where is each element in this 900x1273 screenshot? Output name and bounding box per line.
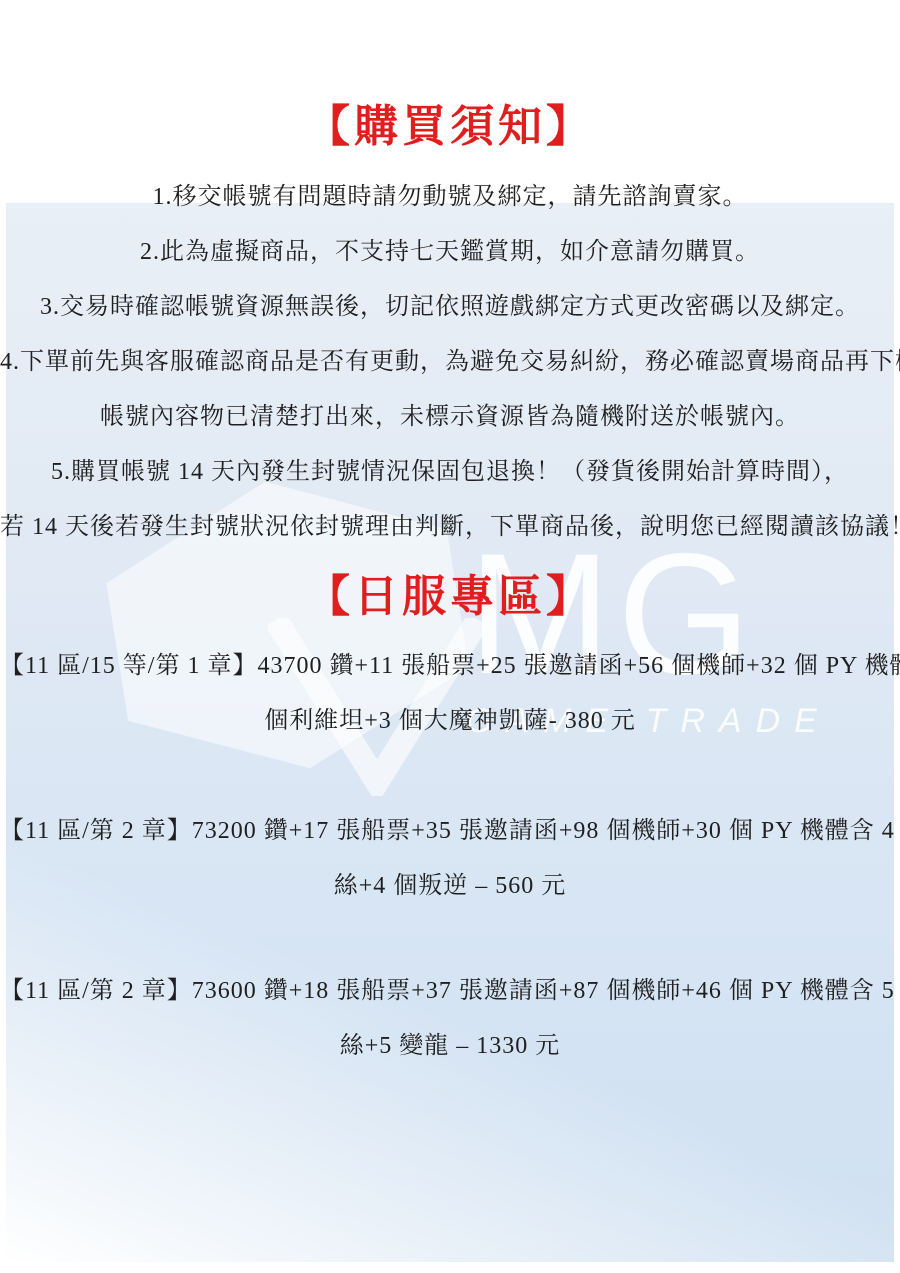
- notice-line: 4.下單前先與客服確認商品是否有更動，為避免交易糾紛，務必確認賣場商品再下標。: [0, 341, 900, 376]
- listing-line: 【11 區/15 等/第 1 章】43700 鑽+11 張船票+25 張邀請函+…: [0, 645, 900, 680]
- notice-line: 1.移交帳號有問題時請勿動號及綁定，請先諮詢賣家。: [0, 176, 900, 211]
- notice-line: 5.購買帳號 14 天內發生封號情況保固包退換！（發貨後開始計算時間），: [0, 451, 900, 486]
- jp-server-section-title: 【日服專區】: [0, 560, 900, 624]
- notice-line: 若 14 天後若發生封號狀況依封號理由判斷，下單商品後，說明您已經閱讀該協議！: [0, 506, 900, 541]
- purchase-notice-title: 【購買須知】: [0, 90, 900, 154]
- listing-line: 【11 區/第 2 章】73200 鑽+17 張船票+35 張邀請函+98 個機…: [0, 810, 900, 845]
- notice-line: 帳號內容物已清楚打出來，未標示資源皆為隨機附送於帳號內。: [0, 396, 900, 431]
- listing-line: 絲+5 變龍 – 1330 元: [0, 1025, 900, 1060]
- listing-line: 個利維坦+3 個大魔神凱薩- 380 元: [0, 700, 900, 735]
- listing-line: 【11 區/第 2 章】73600 鑽+18 張船票+37 張邀請函+87 個機…: [0, 970, 900, 1005]
- notice-line: 2.此為虛擬商品，不支持七天鑑賞期，如介意請勿購買。: [0, 231, 900, 266]
- notice-line: 3.交易時確認帳號資源無誤後，切記依照遊戲綁定方式更改密碼以及綁定。: [0, 286, 900, 321]
- flyer-page: MG GAME TRADE 【購買須知】 1.移交帳號有問題時請勿動號及綁定，請…: [0, 0, 900, 1273]
- listing-line: 絲+4 個叛逆 – 560 元: [0, 865, 900, 900]
